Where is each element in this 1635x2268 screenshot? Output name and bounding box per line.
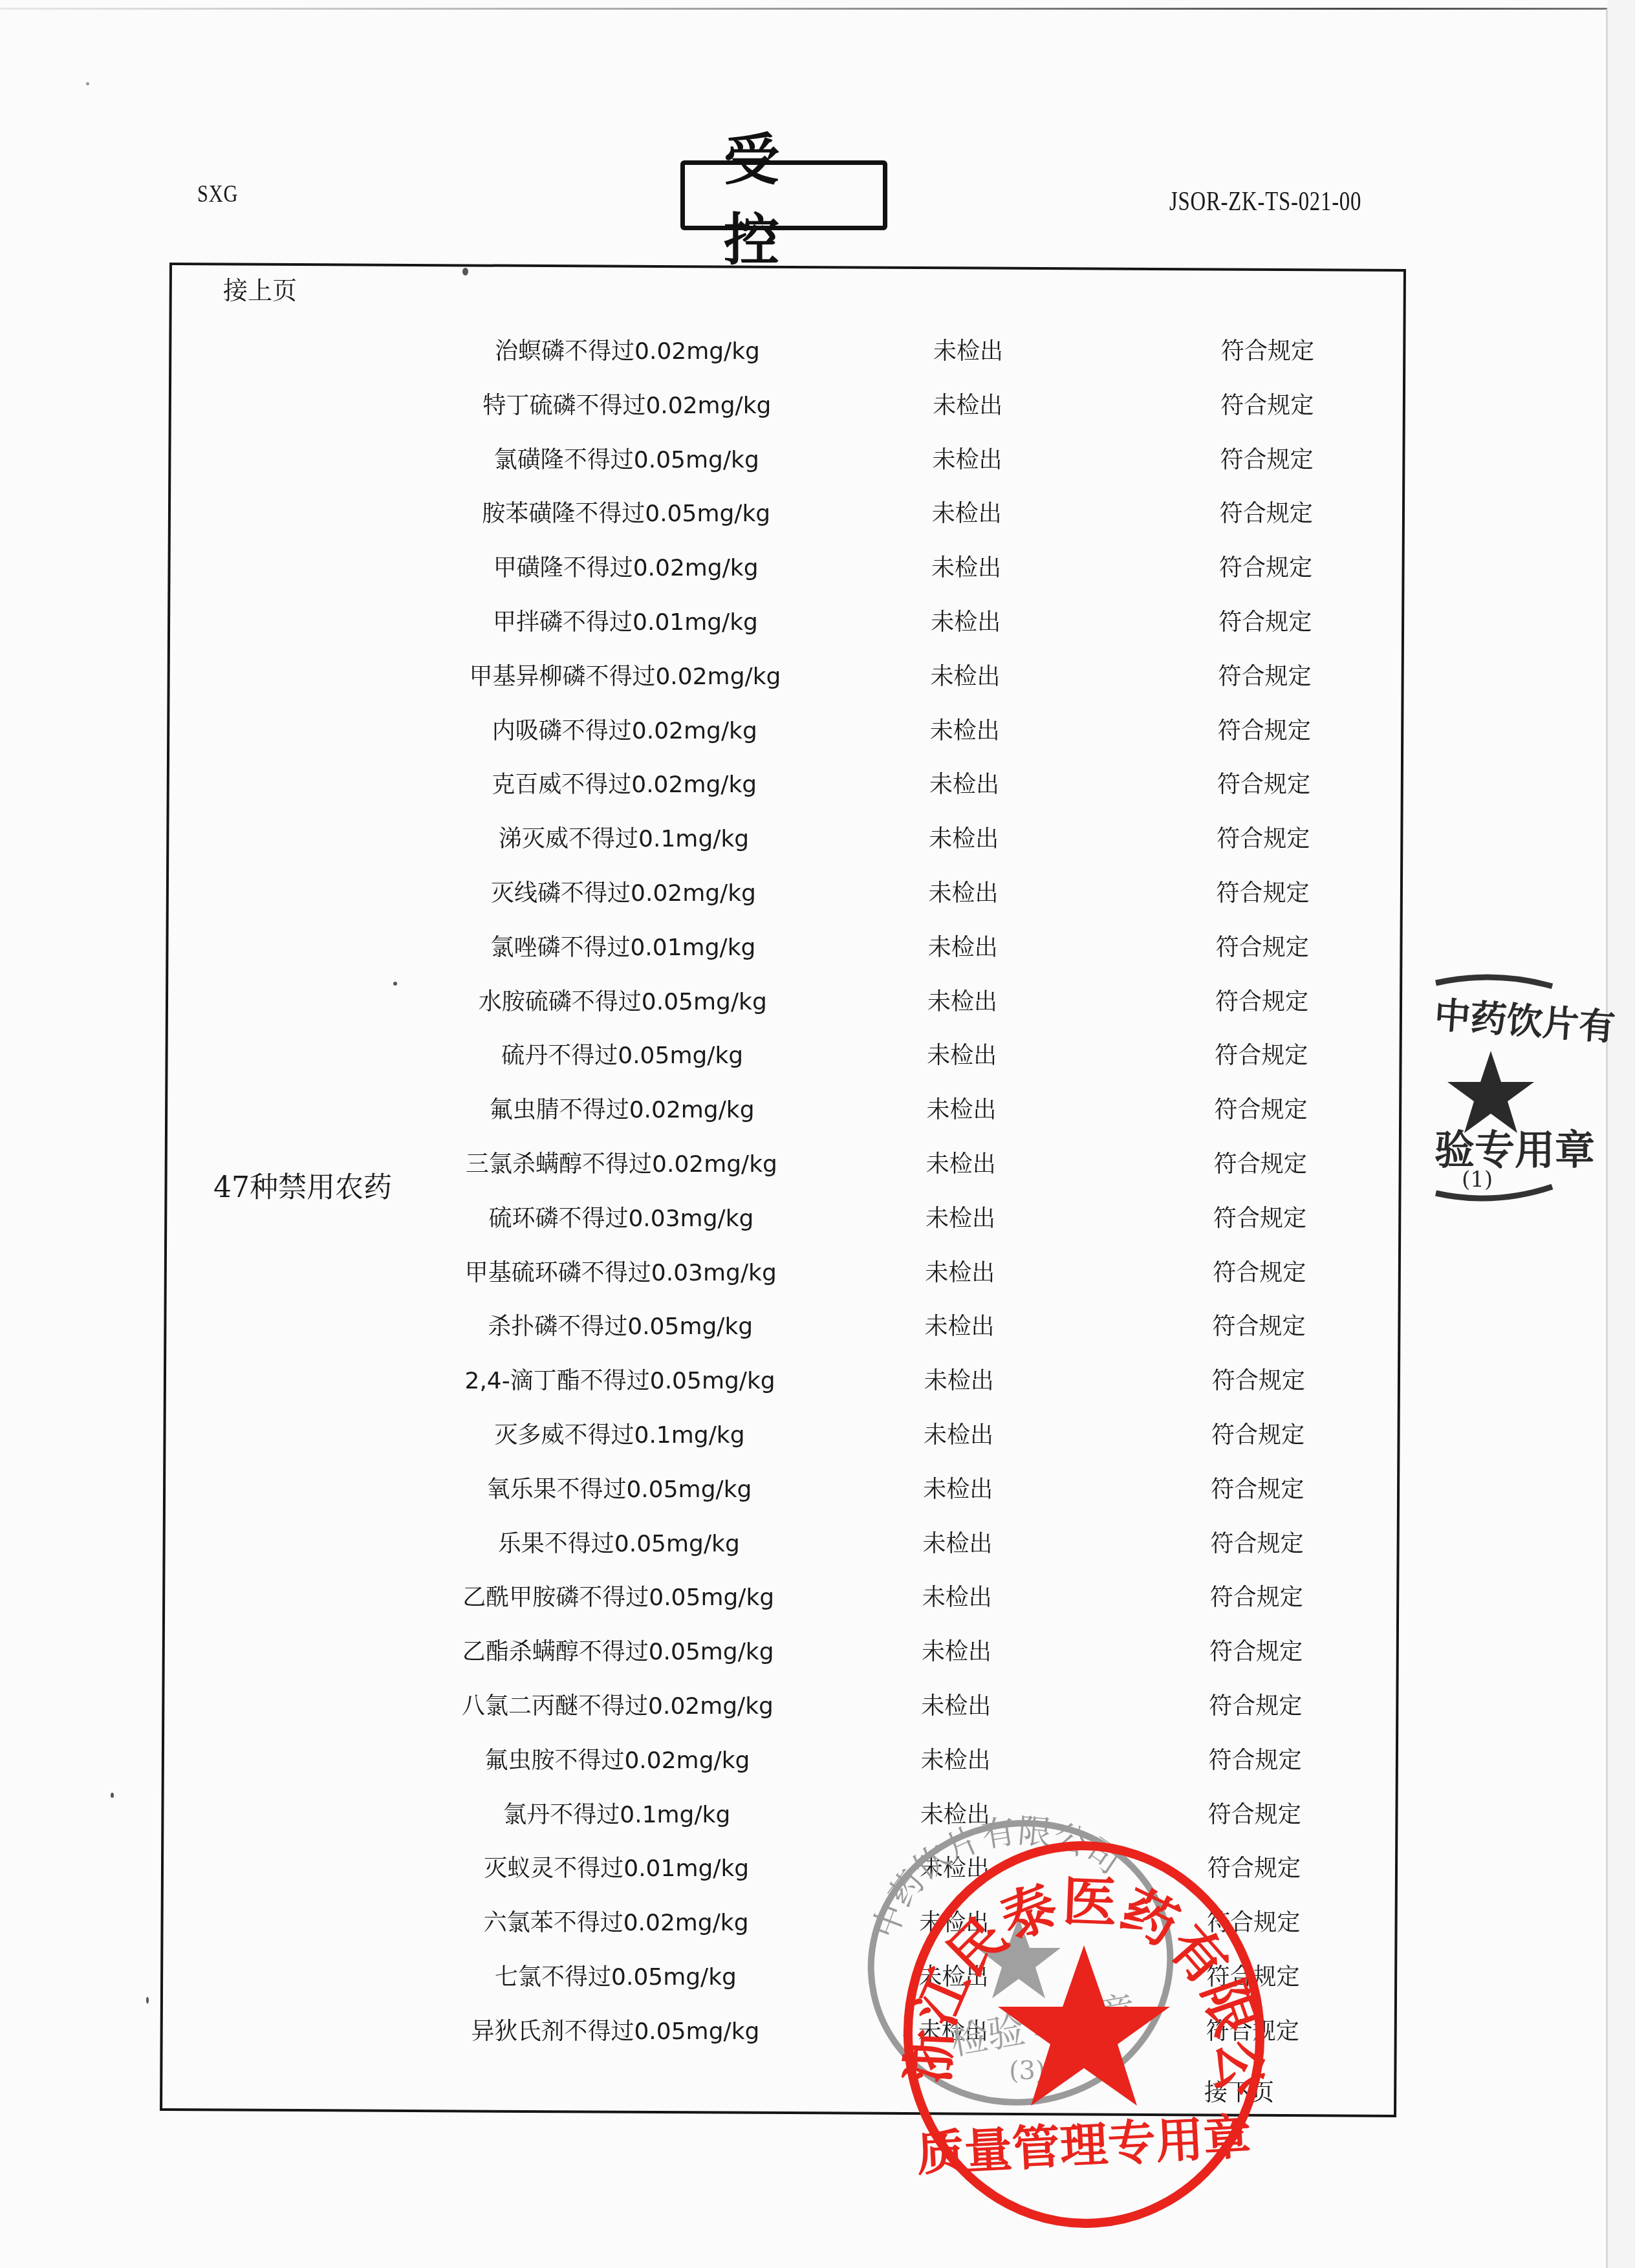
table-row: 甲拌磷不得过0.01mg/kg未检出符合规定 xyxy=(0,604,1294,643)
svg-text:验专用章: 验专用章 xyxy=(1435,1127,1595,1174)
test-result: 未检出 xyxy=(922,1634,991,1667)
table-row: 三氯杀螨醇不得过0.02mg/kg未检出符合规定 xyxy=(0,1146,1294,1185)
table-row: 硫环磷不得过0.03mg/kg未检出符合规定 xyxy=(0,1200,1294,1239)
test-item: 六氯苯不得过0.02mg/kg xyxy=(416,1905,817,1938)
table-row: 灭线磷不得过0.02mg/kg未检出符合规定 xyxy=(0,875,1294,914)
test-conclusion: 符合规定 xyxy=(1217,875,1310,908)
test-result: 未检出 xyxy=(927,1037,997,1070)
scan-speck xyxy=(146,1997,149,2003)
test-conclusion: 符合规定 xyxy=(1219,550,1312,583)
test-conclusion: 符合规定 xyxy=(1217,766,1310,799)
test-result: 未检出 xyxy=(926,1146,996,1179)
test-result: 未检出 xyxy=(932,495,1002,528)
test-item: 异狄氏剂不得过0.05mg/kg xyxy=(415,2013,816,2046)
test-result: 未检出 xyxy=(923,1526,993,1559)
test-conclusion: 符合规定 xyxy=(1210,1579,1303,1612)
table-row: 内吸磷不得过0.02mg/kg未检出符合规定 xyxy=(0,713,1294,751)
test-result: 未检出 xyxy=(923,1471,993,1504)
test-result: 未检出 xyxy=(931,604,1001,637)
test-conclusion: 符合规定 xyxy=(1208,1797,1301,1830)
test-item: 氧乐果不得过0.05mg/kg xyxy=(418,1471,819,1504)
test-item: 乙酯杀螨醇不得过0.05mg/kg xyxy=(418,1634,819,1667)
test-conclusion: 符合规定 xyxy=(1217,821,1310,854)
test-result: 未检出 xyxy=(924,1363,994,1396)
table-row: 乙酰甲胺磷不得过0.05mg/kg未检出符合规定 xyxy=(0,1579,1294,1618)
table-row: 甲基异柳磷不得过0.02mg/kg未检出符合规定 xyxy=(0,658,1294,697)
controlled-stamp-text: 受控 xyxy=(685,115,883,275)
test-conclusion: 符合规定 xyxy=(1209,1688,1302,1721)
test-conclusion: 符合规定 xyxy=(1211,1526,1304,1559)
test-item: 乙酰甲胺磷不得过0.05mg/kg xyxy=(418,1579,819,1612)
table-row: 八氯二丙醚不得过0.02mg/kg未检出符合规定 xyxy=(0,1688,1294,1727)
test-conclusion: 符合规定 xyxy=(1214,1146,1307,1179)
test-item: 硫丹不得过0.05mg/kg xyxy=(422,1037,823,1070)
table-row: 克百威不得过0.02mg/kg未检出符合规定 xyxy=(0,766,1294,805)
test-conclusion: 符合规定 xyxy=(1215,1092,1308,1125)
table-row: 灭多威不得过0.1mg/kg未检出符合规定 xyxy=(0,1417,1294,1456)
controlled-stamp: 受控 xyxy=(680,160,887,230)
test-item: 克百威不得过0.02mg/kg xyxy=(424,766,825,799)
test-conclusion: 符合规定 xyxy=(1220,442,1314,475)
scan-speck xyxy=(462,268,468,275)
table-row: 涕灭威不得过0.1mg/kg未检出符合规定 xyxy=(0,821,1294,859)
document-number: JSOR-ZK-TS-021-00 xyxy=(1169,186,1361,217)
test-result: 未检出 xyxy=(931,550,1001,583)
test-conclusion: 符合规定 xyxy=(1215,984,1308,1017)
test-conclusion: 符合规定 xyxy=(1211,1417,1305,1450)
test-item: 氟虫腈不得过0.02mg/kg xyxy=(422,1092,823,1125)
test-item: 胺苯磺隆不得过0.05mg/kg xyxy=(426,495,827,528)
test-result: 未检出 xyxy=(933,442,1002,475)
test-item: 甲基硫环磷不得过0.03mg/kg xyxy=(420,1255,821,1288)
test-result: 未检出 xyxy=(931,658,1001,691)
test-item: 三氯杀螨醇不得过0.02mg/kg xyxy=(421,1146,822,1179)
header-code: SXG xyxy=(197,180,238,208)
test-item: 乐果不得过0.05mg/kg xyxy=(418,1526,819,1559)
test-item: 硫环磷不得过0.03mg/kg xyxy=(420,1200,821,1233)
table-row: 胺苯磺隆不得过0.05mg/kg未检出符合规定 xyxy=(0,495,1294,534)
test-result: 未检出 xyxy=(921,1742,991,1775)
table-row: 2,4-滴丁酯不得过0.05mg/kg未检出符合规定 xyxy=(0,1363,1294,1401)
test-conclusion: 符合规定 xyxy=(1209,1742,1302,1775)
table-row: 杀扑磷不得过0.05mg/kg未检出符合规定 xyxy=(0,1308,1294,1347)
continued-from-label: 接上页 xyxy=(223,270,297,306)
test-conclusion: 符合规定 xyxy=(1220,387,1314,420)
table-row: 氟虫腈不得过0.02mg/kg未检出符合规定 xyxy=(0,1092,1294,1130)
table-row: 治螟磷不得过0.02mg/kg未检出符合规定 xyxy=(0,333,1294,372)
test-item: 特丁硫磷不得过0.02mg/kg xyxy=(426,387,827,420)
test-item: 八氯二丙醚不得过0.02mg/kg xyxy=(417,1688,818,1721)
test-conclusion: 符合规定 xyxy=(1211,1471,1304,1504)
test-item: 氯磺隆不得过0.05mg/kg xyxy=(426,442,827,475)
test-item: 氯丹不得过0.1mg/kg xyxy=(417,1797,817,1830)
test-item: 甲基异柳磷不得过0.02mg/kg xyxy=(424,658,825,691)
table-row: 水胺硫磷不得过0.05mg/kg未检出符合规定 xyxy=(0,984,1294,1022)
test-conclusion: 符合规定 xyxy=(1213,1308,1306,1341)
table-row: 甲基硫环磷不得过0.03mg/kg未检出符合规定 xyxy=(0,1255,1294,1293)
table-row: 硫丹不得过0.05mg/kg未检出符合规定 xyxy=(0,1037,1294,1076)
test-item: 氟虫胺不得过0.02mg/kg xyxy=(417,1742,817,1775)
test-item: 治螟磷不得过0.02mg/kg xyxy=(427,333,828,366)
table-row: 氯磺隆不得过0.05mg/kg未检出符合规定 xyxy=(0,442,1294,481)
test-result: 未检出 xyxy=(921,1688,991,1721)
table-row: 特丁硫磷不得过0.02mg/kg未检出符合规定 xyxy=(0,387,1294,426)
test-result: 未检出 xyxy=(933,333,1003,366)
test-item: 氯唑磷不得过0.01mg/kg xyxy=(422,929,823,962)
test-result: 未检出 xyxy=(930,713,1000,746)
partial-stamp-graphic: 中药饮片有 验专用章 (1) xyxy=(1429,957,1623,1216)
test-result: 未检出 xyxy=(926,1200,995,1233)
test-result: 未检出 xyxy=(927,1092,997,1125)
test-result: 未检出 xyxy=(929,875,999,908)
test-conclusion: 符合规定 xyxy=(1213,1200,1306,1233)
test-item: 甲磺隆不得过0.02mg/kg xyxy=(426,550,827,583)
test-result: 未检出 xyxy=(922,1579,992,1612)
test-conclusion: 符合规定 xyxy=(1221,333,1314,366)
scan-speck xyxy=(393,982,397,986)
test-item: 2,4-滴丁酯不得过0.05mg/kg xyxy=(420,1363,821,1396)
test-item: 甲拌磷不得过0.01mg/kg xyxy=(425,604,826,637)
svg-text:中药饮片有: 中药饮片有 xyxy=(1433,995,1617,1049)
table-row: 氟虫胺不得过0.02mg/kg未检出符合规定 xyxy=(0,1742,1294,1781)
table-row: 乙酯杀螨醇不得过0.05mg/kg未检出符合规定 xyxy=(0,1634,1294,1672)
test-result: 未检出 xyxy=(927,984,997,1017)
test-conclusion: 符合规定 xyxy=(1218,658,1312,691)
test-result: 未检出 xyxy=(929,821,999,854)
test-result: 未检出 xyxy=(925,1308,995,1341)
test-item: 杀扑磷不得过0.05mg/kg xyxy=(420,1308,821,1341)
test-result: 未检出 xyxy=(928,929,998,962)
test-result: 未检出 xyxy=(933,387,1002,420)
test-result: 未检出 xyxy=(925,1255,995,1288)
test-conclusion: 符合规定 xyxy=(1216,929,1309,962)
star-icon xyxy=(998,1945,1170,2106)
partial-inspection-stamp: 中药饮片有 验专用章 (1) xyxy=(1429,957,1623,1216)
test-conclusion: 符合规定 xyxy=(1212,1363,1305,1396)
test-result: 未检出 xyxy=(929,766,999,799)
test-item: 灭线磷不得过0.02mg/kg xyxy=(423,875,824,908)
test-item: 七氯不得过0.05mg/kg xyxy=(415,1959,816,1992)
table-row: 氧乐果不得过0.05mg/kg未检出符合规定 xyxy=(0,1471,1294,1510)
test-item: 内吸磷不得过0.02mg/kg xyxy=(424,713,825,746)
scan-speck xyxy=(86,82,89,85)
test-conclusion: 符合规定 xyxy=(1215,1037,1308,1070)
table-row: 氯唑磷不得过0.01mg/kg未检出符合规定 xyxy=(0,929,1294,968)
scan-edge-top xyxy=(0,8,1607,10)
table-row: 乐果不得过0.05mg/kg未检出符合规定 xyxy=(0,1526,1294,1564)
test-result: 未检出 xyxy=(924,1417,993,1450)
test-item: 水胺硫磷不得过0.05mg/kg xyxy=(422,984,823,1017)
test-conclusion: 符合规定 xyxy=(1213,1255,1306,1288)
scan-speck xyxy=(111,1793,114,1798)
test-conclusion: 符合规定 xyxy=(1209,1634,1303,1667)
test-item: 灭多威不得过0.1mg/kg xyxy=(419,1417,820,1450)
red-company-stamp: 浙江民泰医药有限公司 质量管理专用章 xyxy=(890,1835,1278,2236)
star-icon xyxy=(1447,1051,1534,1133)
table-row: 甲磺隆不得过0.02mg/kg未检出符合规定 xyxy=(0,550,1294,589)
test-item: 灭蚁灵不得过0.01mg/kg xyxy=(416,1850,817,1883)
test-conclusion: 符合规定 xyxy=(1220,495,1313,528)
test-item: 涕灭威不得过0.1mg/kg xyxy=(424,821,825,854)
svg-text:(1): (1) xyxy=(1462,1167,1493,1193)
test-conclusion: 符合规定 xyxy=(1218,604,1312,637)
test-conclusion: 符合规定 xyxy=(1218,713,1311,746)
